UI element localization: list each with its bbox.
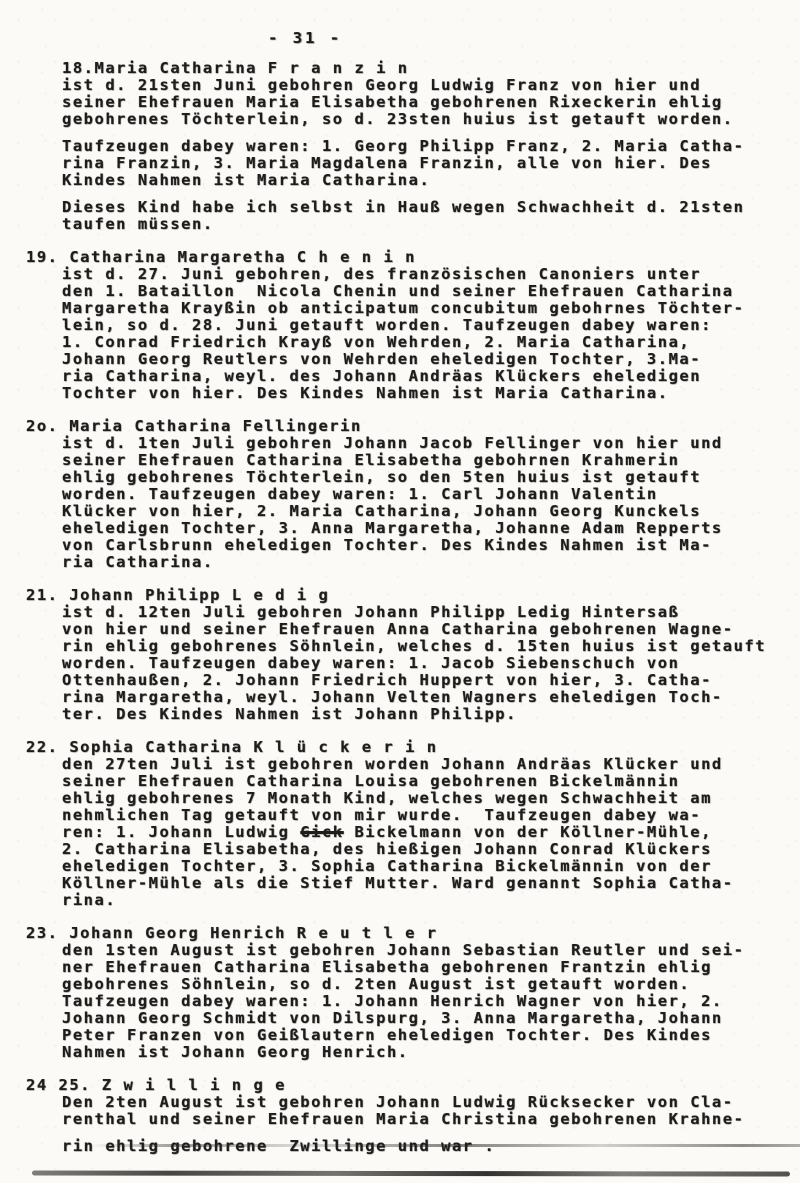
record-line: gebohrenes Söhnlein, so d. 2ten August i… bbox=[62, 976, 794, 993]
record-line: seiner Ehefrauen Maria Elisabetha gebohr… bbox=[62, 94, 794, 111]
record-number: 19. bbox=[26, 248, 69, 266]
record-line: taufen müssen. bbox=[62, 216, 794, 233]
record-number: 24 25. bbox=[26, 1076, 102, 1094]
record-line: Tochter von hier. Des Kindes Nahmen ist … bbox=[62, 385, 794, 402]
record-line: lein, so d. 28. Juni getauft worden. Tau… bbox=[62, 317, 794, 334]
record-heading: 24 25. Z w i l l i n g e bbox=[62, 1077, 794, 1094]
record-line: ehlig gebohrenes 7 Monath Kind, welches … bbox=[62, 790, 794, 807]
record-line: rina. bbox=[62, 892, 794, 909]
record-line: Dieses Kind habe ich selbst in Hauß wege… bbox=[62, 199, 794, 216]
record: 24 25. Z w i l l i n g eDen 2ten August … bbox=[0, 1077, 800, 1155]
record-line: eheledigen Tochter, 3. Anna Margaretha, … bbox=[62, 520, 794, 537]
record: 18.Maria Catharina F r a n z i nist d. 2… bbox=[0, 60, 800, 233]
record-line: eheledigen Tochter, 3. Sophia Catharina … bbox=[62, 858, 794, 875]
record-line: ist d. 1ten Juli gebohren Johann Jacob F… bbox=[62, 435, 794, 452]
record-line: rin ehlig gebohrenes Söhnlein, welches d… bbox=[62, 638, 794, 655]
record-title: Z w i l l i n g e bbox=[102, 1076, 286, 1094]
record-line: Köllner-Mühle als die Stief Mutter. Ward… bbox=[62, 875, 794, 892]
record-paragraph: Taufzeugen dabey waren: 1. Georg Philipp… bbox=[62, 138, 794, 189]
record-line: renthal und seiner Ehefrauen Maria Chris… bbox=[62, 1111, 794, 1128]
record-paragraph: ist d. 12ten Juli gebohren Johann Philip… bbox=[62, 604, 794, 723]
record-line: den 27ten Juli ist gebohren worden Johan… bbox=[62, 756, 794, 773]
record-heading: 18.Maria Catharina F r a n z i n bbox=[62, 60, 794, 77]
record-paragraph: ist d. 21sten Juni gebohren Georg Ludwig… bbox=[62, 77, 794, 128]
record-line: Margaretha Krayßin ob anticipatum concub… bbox=[62, 300, 794, 317]
record-title: Johann Philipp L e d i g bbox=[69, 586, 329, 604]
record-line: Ottenhaußen, 2. Johann Friedrich Huppert… bbox=[62, 672, 794, 689]
record-line: ist d. 27. Juni gebohren, des französisc… bbox=[62, 266, 794, 283]
record: 22. Sophia Catharina K l ü c k e r i nde… bbox=[0, 739, 800, 909]
record-paragraph: Den 2ten August ist gebohren Johann Ludw… bbox=[62, 1094, 794, 1128]
record-line: worden. Taufzeugen dabey waren: 1. Carl … bbox=[62, 486, 794, 503]
record-title: Catharina Margaretha C h e n i n bbox=[69, 248, 416, 266]
record-line: gebohrenes Töchterlein, so d. 23sten hui… bbox=[62, 111, 794, 128]
record-line: ren: 1. Johann Ludwig Gick Bickelmann vo… bbox=[62, 824, 794, 841]
record: 2o. Maria Catharina Fellingerinist d. 1t… bbox=[0, 418, 800, 571]
record: 23. Johann Georg Henrich R e u t l e rde… bbox=[0, 925, 800, 1061]
record-line: worden. Taufzeugen dabey waren: 1. Jacob… bbox=[62, 655, 794, 672]
record-title: Maria Catharina F r a n z i n bbox=[95, 59, 409, 77]
record-line: rin ehlig gebohrene Zwillinge und war . bbox=[62, 1138, 794, 1155]
record: 19. Catharina Margaretha C h e n i nist … bbox=[0, 249, 800, 402]
record-number: 2o. bbox=[26, 417, 69, 435]
record-line: Klücker von hier, 2. Maria Catharina, Jo… bbox=[62, 503, 794, 520]
record-line: von hier und seiner Ehefrauen Anna Catha… bbox=[62, 621, 794, 638]
record-title: Maria Catharina Fellingerin bbox=[69, 417, 361, 435]
record-paragraph: Dieses Kind habe ich selbst in Hauß wege… bbox=[62, 199, 794, 233]
record-line: Den 2ten August ist gebohren Johann Ludw… bbox=[62, 1094, 794, 1111]
record-heading: 23. Johann Georg Henrich R e u t l e r bbox=[62, 925, 794, 942]
record-line: Johann Georg Reutlers von Wehrden eheled… bbox=[62, 351, 794, 368]
record-heading: 2o. Maria Catharina Fellingerin bbox=[62, 418, 794, 435]
record-line: Taufzeugen dabey waren: 1. Georg Philipp… bbox=[62, 138, 794, 155]
record-line: ter. Des Kindes Nahmen ist Johann Philip… bbox=[62, 706, 794, 723]
record-title: Sophia Catharina K l ü c k e r i n bbox=[69, 738, 437, 756]
record-line: rina Margaretha, weyl. Johann Velten Wag… bbox=[62, 689, 794, 706]
record-line: seiner Ehefrauen Catharina Louisa gebohr… bbox=[62, 773, 794, 790]
record-paragraph: ist d. 27. Juni gebohren, des französisc… bbox=[62, 266, 794, 402]
scanned-baptism-register-page: - 31 - 18.Maria Catharina F r a n z i ni… bbox=[0, 0, 800, 1183]
records-list: 18.Maria Catharina F r a n z i nist d. 2… bbox=[0, 60, 800, 1155]
record-line: den 1sten August ist gebohren Johann Seb… bbox=[62, 942, 794, 959]
record-paragraph: ist d. 1ten Juli gebohren Johann Jacob F… bbox=[62, 435, 794, 571]
scan-edge-bar bbox=[32, 1170, 790, 1176]
record-line: 1. Conrad Friedrich Krayß von Wehrden, 2… bbox=[62, 334, 794, 351]
record-line: ehlig gebohrenes Töchterlein, so den 5te… bbox=[62, 469, 794, 486]
record-line: rina Franzin, 3. Maria Magdalena Franzin… bbox=[62, 155, 794, 172]
record-line: Johann Georg Schmidt von Dilspurg, 3. An… bbox=[62, 1010, 794, 1027]
record-number: 23. bbox=[26, 924, 69, 942]
record-line: nehmlichen Tag getauft von mir wurde. Ta… bbox=[62, 807, 794, 824]
record-line: von Carlsbrunn eheledigen Tochter. Des K… bbox=[62, 537, 794, 554]
page-number: - 31 - bbox=[268, 30, 342, 47]
record-line: ner Ehefrauen Catharina Elisabetha geboh… bbox=[62, 959, 794, 976]
record-line: ist d. 21sten Juni gebohren Georg Ludwig… bbox=[62, 77, 794, 94]
record-title: Johann Georg Henrich R e u t l e r bbox=[69, 924, 437, 942]
record-paragraph: rin ehlig gebohrene Zwillinge und war . bbox=[62, 1138, 794, 1155]
record-line: Kindes Nahmen ist Maria Catharina. bbox=[62, 172, 794, 189]
record-line: Peter Franzen von Geißlautern eheledigen… bbox=[62, 1027, 794, 1044]
record-heading: 21. Johann Philipp L e d i g bbox=[62, 587, 794, 604]
record-line: ria Catharina, weyl. des Johann Andräas … bbox=[62, 368, 794, 385]
record: 21. Johann Philipp L e d i gist d. 12ten… bbox=[0, 587, 800, 723]
record-number: 22. bbox=[26, 738, 69, 756]
record-line: 2. Catharina Elisabetha, des hießigen Jo… bbox=[62, 841, 794, 858]
record-paragraph: den 1sten August ist gebohren Johann Seb… bbox=[62, 942, 794, 1061]
record-line: Taufzeugen dabey waren: 1. Johann Henric… bbox=[62, 993, 794, 1010]
record-line: ist d. 12ten Juli gebohren Johann Philip… bbox=[62, 604, 794, 621]
record-line: Nahmen ist Johann Georg Henrich. bbox=[62, 1044, 794, 1061]
record-paragraph: den 27ten Juli ist gebohren worden Johan… bbox=[62, 756, 794, 909]
record-line: seiner Ehefrauen Catharina Elisabetha ge… bbox=[62, 452, 794, 469]
record-line: ria Catharina. bbox=[62, 554, 794, 571]
record-number: 18. bbox=[62, 59, 95, 77]
record-heading: 19. Catharina Margaretha C h e n i n bbox=[62, 249, 794, 266]
struck-text: Gick bbox=[300, 823, 343, 841]
record-number: 21. bbox=[26, 586, 69, 604]
record-line: den 1. Bataillon Nicola Chenin und seine… bbox=[62, 283, 794, 300]
record-heading: 22. Sophia Catharina K l ü c k e r i n bbox=[62, 739, 794, 756]
